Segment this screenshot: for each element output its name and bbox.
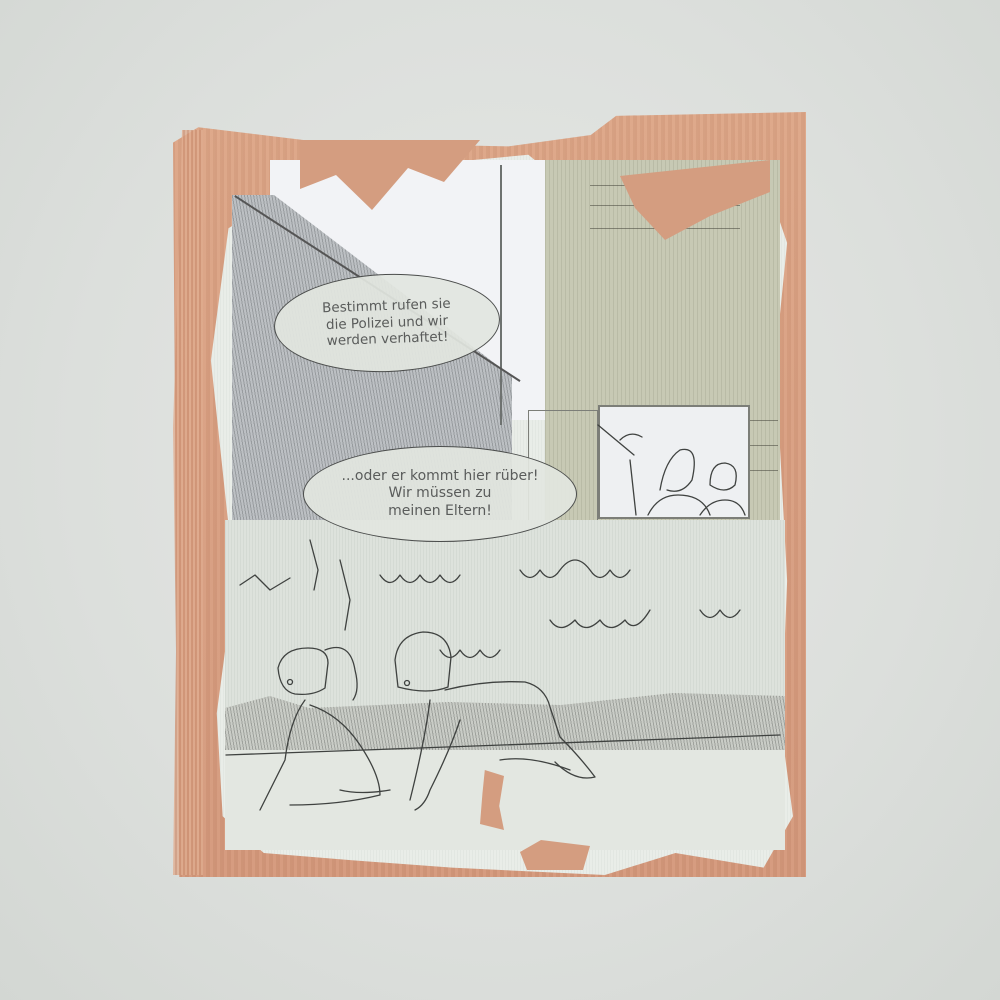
speech-line: Wir müssen zu: [389, 485, 492, 502]
speech-bubble-parents: ...oder er kommt hier rüber! Wir müssen …: [303, 446, 577, 542]
speech-line: werden verhaftet!: [326, 329, 448, 350]
house-window: [598, 405, 750, 519]
speech-line: ...oder er kommt hier rüber!: [342, 468, 539, 485]
brick-line: [750, 470, 778, 471]
brick-line: [750, 445, 778, 446]
brick-line: [750, 420, 778, 421]
speech-line: meinen Eltern!: [388, 503, 492, 520]
lamp-post: [500, 165, 502, 425]
grass-ground: [225, 750, 785, 850]
